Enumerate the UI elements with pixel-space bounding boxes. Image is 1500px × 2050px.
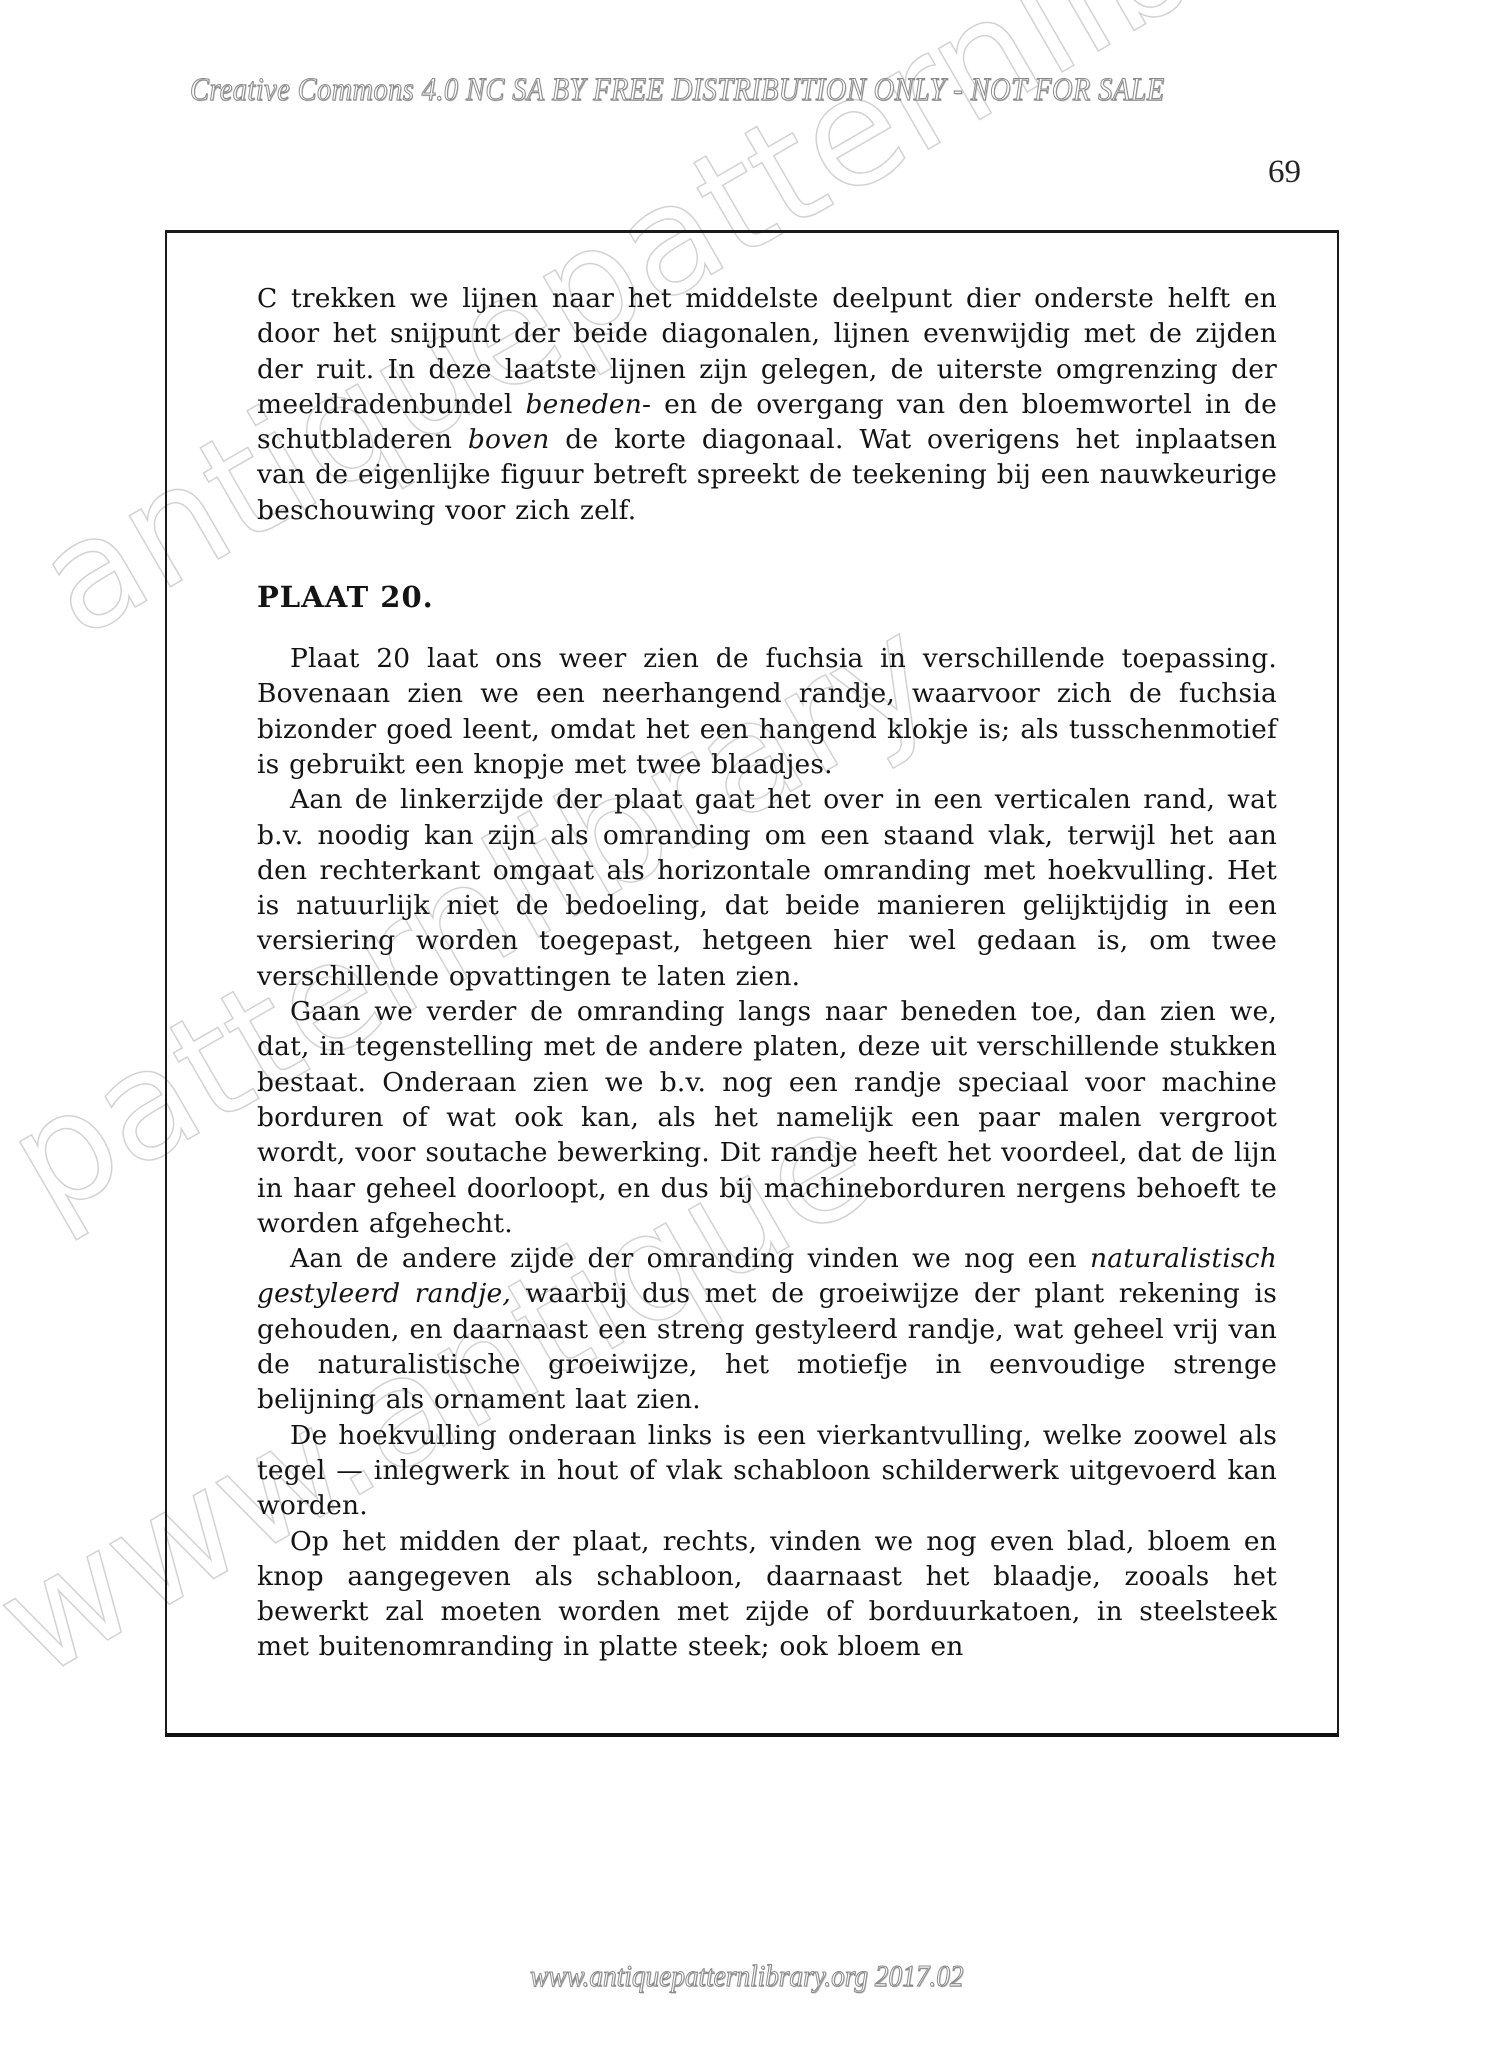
intro-paragraph: C trekken we lijnen naar het middelste d…	[257, 281, 1277, 528]
text-run: Aan de andere zijde der omranding vinden…	[290, 1243, 1090, 1274]
paragraph: Op het midden der plaat, rechts, vinden …	[257, 1524, 1277, 1665]
text-frame: C trekken we lijnen naar het middelste d…	[165, 230, 1339, 1737]
italic-term: beneden-	[526, 389, 652, 420]
paragraph: De hoekvulling onderaan links is een vie…	[257, 1418, 1277, 1524]
page-body: C trekken we lijnen naar het middelste d…	[257, 281, 1277, 1665]
paragraph: Aan de linkerzijde der plaat gaat het ov…	[257, 782, 1277, 994]
license-notice: Creative Commons 4.0 NC SA BY FREE DISTR…	[190, 72, 1213, 109]
section-heading: PLAAT 20.	[257, 580, 1277, 614]
footer-url-notice: www.antiquepatternlibrary.org 2017.02	[530, 1958, 963, 1994]
italic-term: boven	[468, 424, 550, 455]
paragraph: Plaat 20 laat ons weer zien de fuchsia i…	[257, 641, 1277, 782]
paragraph: Aan de andere zijde der omranding vinden…	[257, 1241, 1277, 1417]
page-number: 69	[1268, 154, 1301, 191]
paragraph: Gaan we verder de omranding langs naar b…	[257, 994, 1277, 1241]
